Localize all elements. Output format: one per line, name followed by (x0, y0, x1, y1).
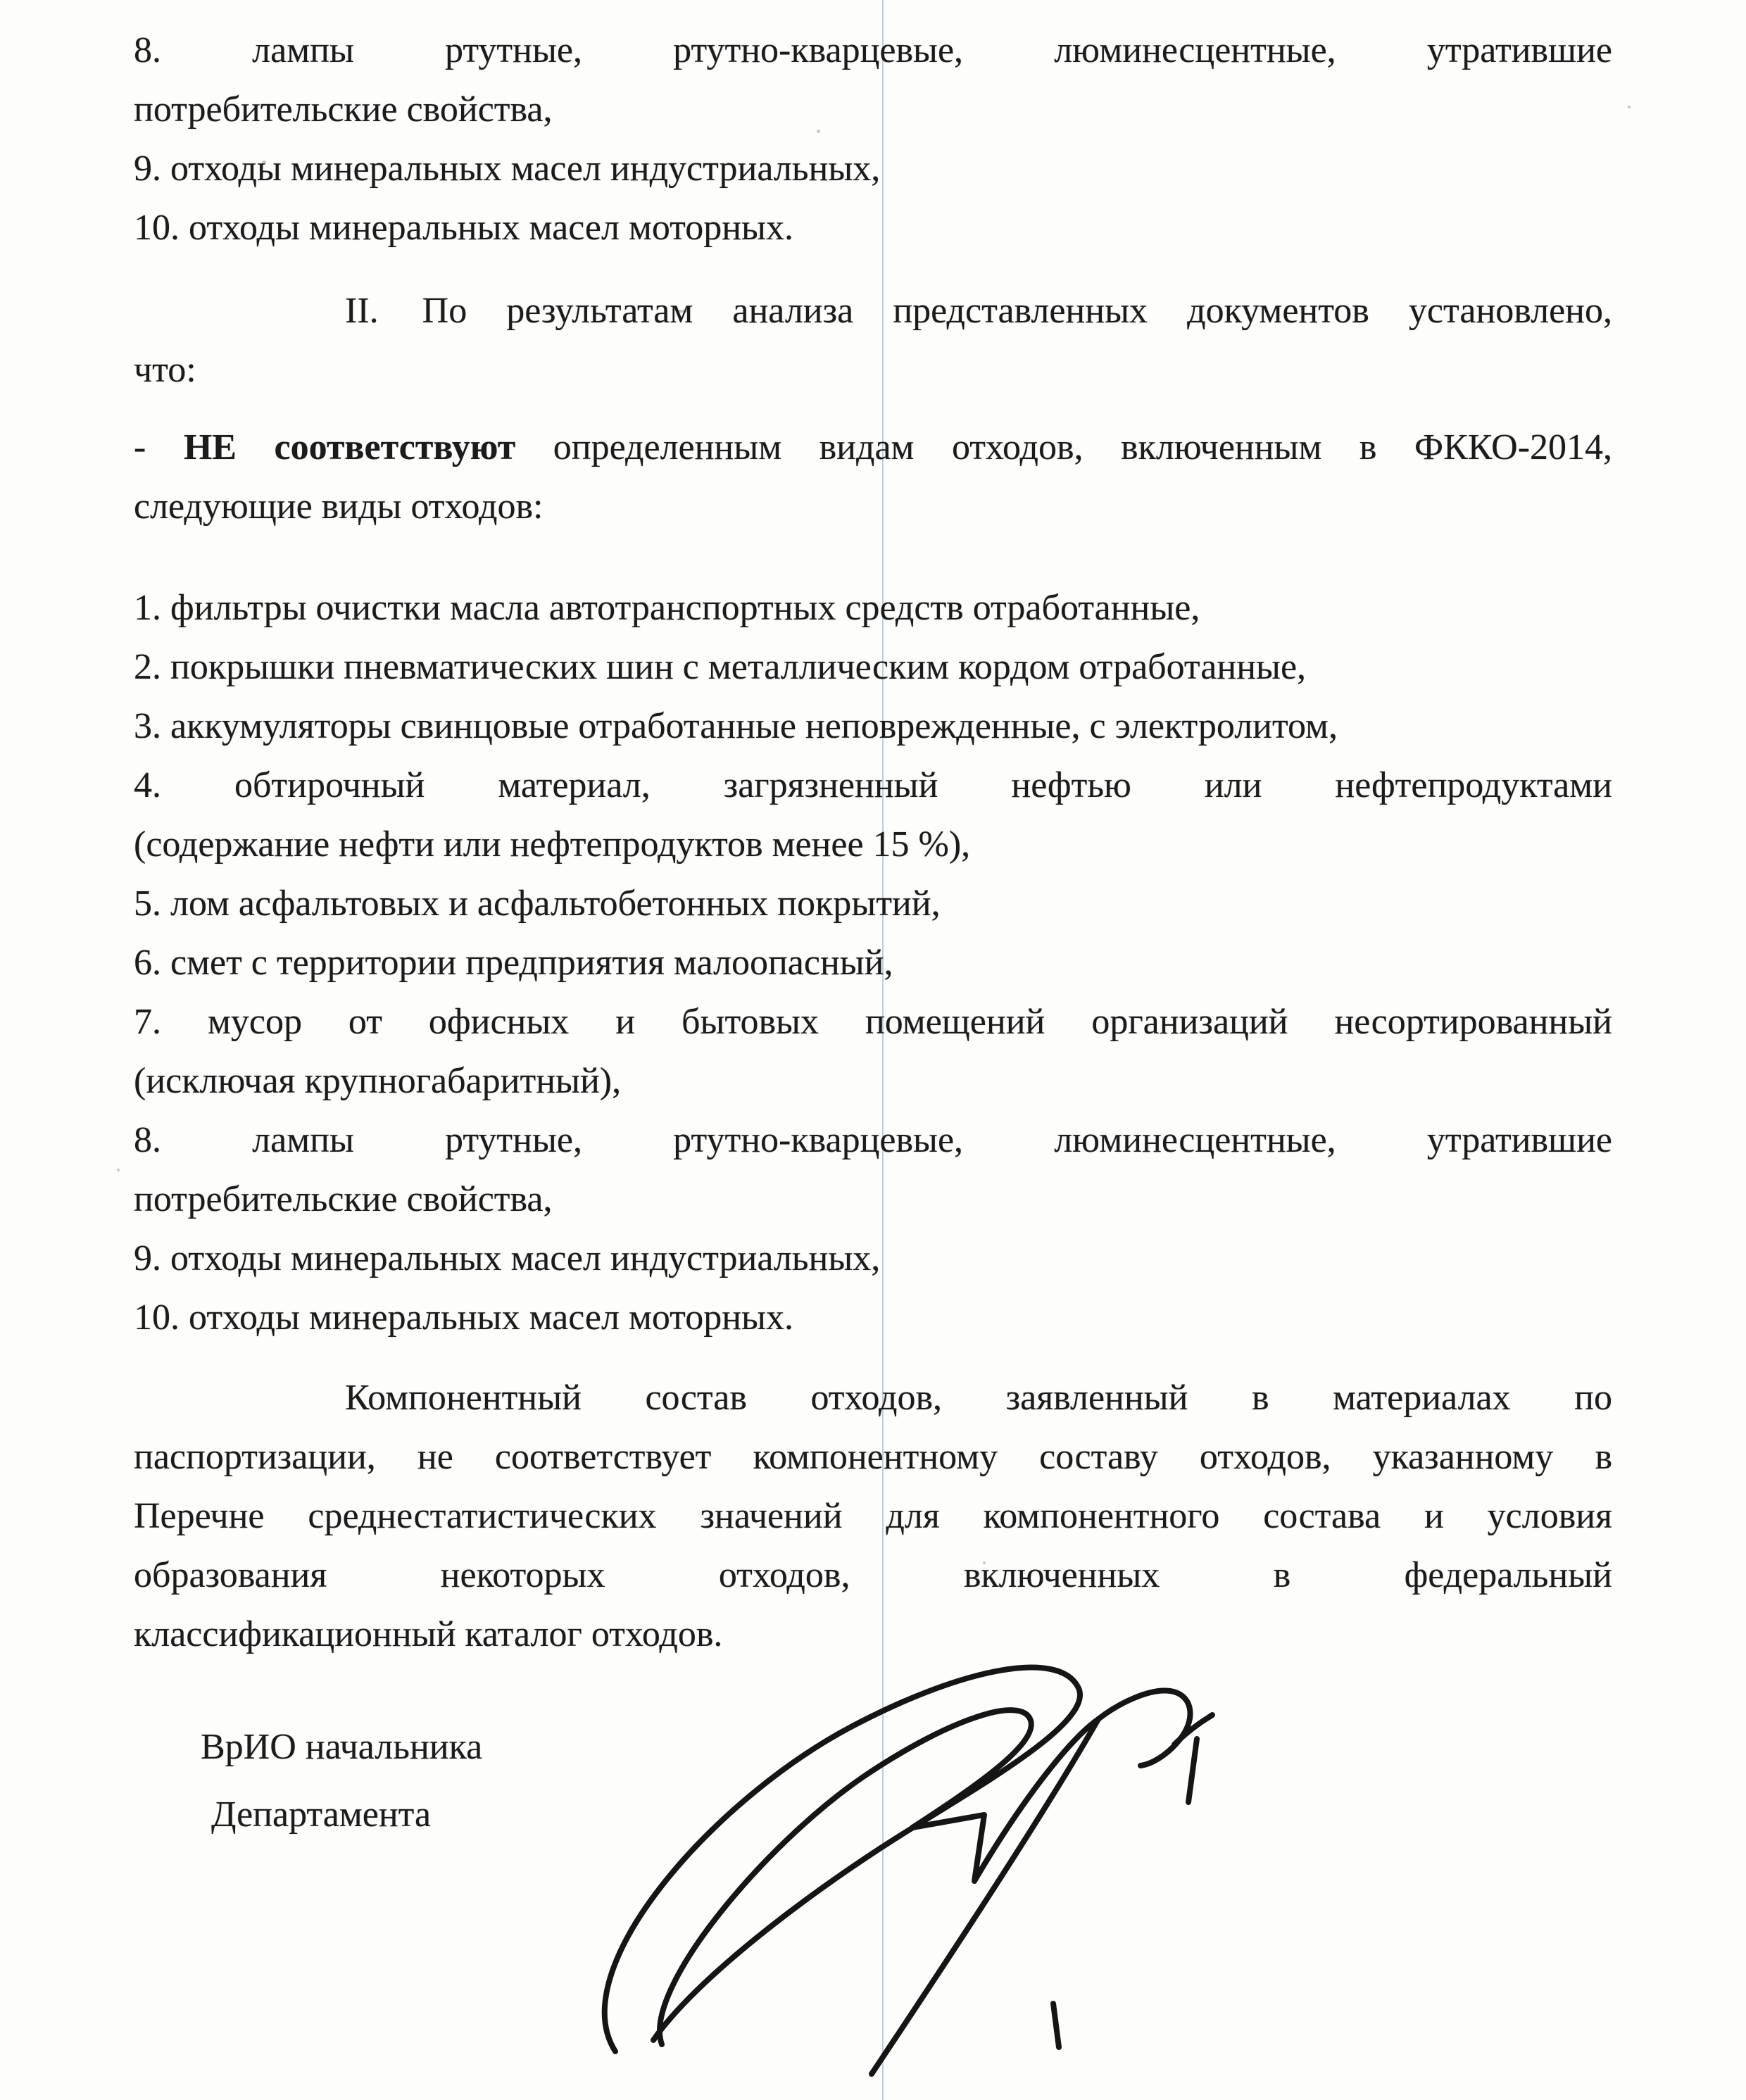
ne-rest-text: определенным видам отходов, включенным в… (515, 427, 1612, 467)
signature-stroke-tail (1188, 1739, 1197, 1802)
list-item-8-line-1: 8. лампы ртутные, ртутно-кварцевые, люми… (134, 1111, 1612, 1170)
section-ii-line-2: что: (134, 341, 1612, 400)
list-item-5: 5. лом асфальтовых и асфальтобетонных по… (134, 874, 1612, 933)
top-list-item-9: 9. отходы минеральных масел индустриальн… (134, 139, 1612, 199)
final-paragraph-line-3: Перечне среднестатистических значений дл… (134, 1487, 1612, 1546)
signature-stroke-descender (872, 1719, 1098, 2074)
list-item-1: 1. фильтры очистки масла автотранспортны… (134, 579, 1612, 638)
section-ii-numeral: II. (345, 291, 379, 331)
signature-stroke-flick (1174, 1715, 1212, 1744)
document-content: 8. лампы ртутные, ртутно-кварцевые, люми… (134, 21, 1612, 1844)
top-list-item-8-line-1: 8. лампы ртутные, ртутно-кварцевые, люми… (134, 21, 1612, 80)
signature-stroke-small-loop (1098, 1691, 1191, 1766)
ne-dash: - (134, 427, 184, 467)
scan-speck (1628, 106, 1631, 108)
top-list-item-8-line-2: потребительские свойства, (134, 80, 1612, 139)
list-item-7-line-1: 7. мусор от офисных и бытовых помещений … (134, 993, 1612, 1052)
list-item-4-line-2: (содержание нефти или нефтепродуктов мен… (134, 815, 1612, 874)
section-ii-text: По результатам анализа представленных до… (422, 291, 1612, 331)
list-item-9: 9. отходы минеральных масел индустриальн… (134, 1229, 1612, 1288)
ne-bold-text: НЕ соответствуют (184, 427, 515, 467)
list-item-10: 10. отходы минеральных масел моторных. (134, 1288, 1612, 1347)
signature-stroke-tick (1053, 2004, 1059, 2047)
list-item-8-line-2: потребительские свойства, (134, 1170, 1612, 1229)
section-ii-line-1: II.По результатам анализа представленных… (134, 282, 1612, 341)
list-item-6: 6. смет с территории предприятия малоопа… (134, 933, 1612, 993)
final-paragraph-line-1: Компонентный состав отходов, заявленный … (134, 1369, 1612, 1428)
scanned-document-page: 8. лампы ртутные, ртутно-кварцевые, люми… (0, 0, 1746, 2100)
scan-speck (117, 1169, 120, 1171)
ne-paragraph-line-1: - НЕ соответствуют определенным видам от… (134, 418, 1612, 477)
top-list-item-10: 10. отходы минеральных масел моторных. (134, 199, 1612, 258)
final-paragraph-line-2: паспортизации, не соответствует компонен… (134, 1428, 1612, 1487)
signature-stroke-outer-loop (605, 1668, 1080, 2051)
signature (394, 1633, 1274, 2098)
list-item-3: 3. аккумуляторы свинцовые отработанные н… (134, 697, 1612, 756)
list-item-7-line-2: (исключая крупногабаритный), (134, 1052, 1612, 1111)
list-item-2: 2. покрышки пневматических шин с металли… (134, 638, 1612, 697)
ne-paragraph-line-2: следующие виды отходов: (134, 477, 1612, 536)
final-paragraph-line-4: образования некоторых отходов, включенны… (134, 1546, 1612, 1605)
list-item-4-line-1: 4. обтирочный материал, загрязненный неф… (134, 756, 1612, 815)
signature-stroke-zigzag (912, 1719, 1098, 1881)
